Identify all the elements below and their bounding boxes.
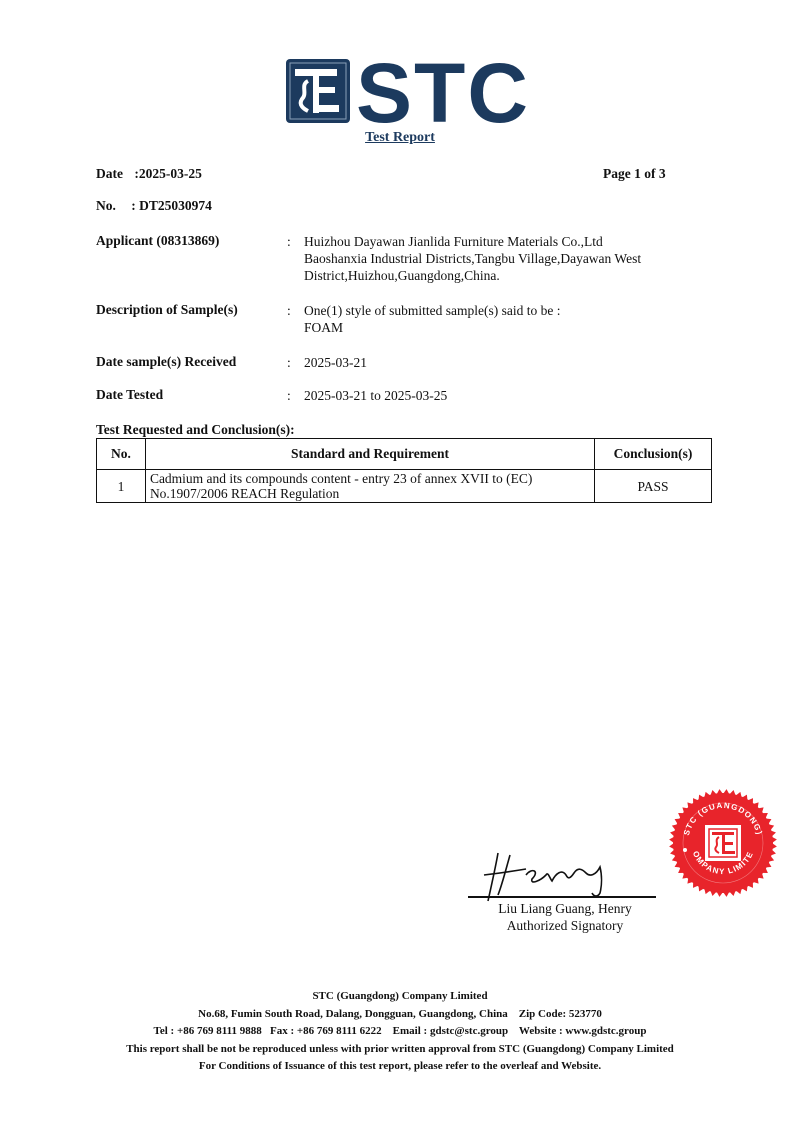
report-title: Test Report: [0, 130, 800, 146]
colon: :: [287, 234, 291, 250]
column-header-no: No.: [97, 439, 146, 470]
colon: :: [287, 388, 291, 404]
standard-line: No.1907/2006 REACH Regulation: [150, 486, 590, 501]
standard-line: Cadmium and its compounds content - entr…: [150, 471, 590, 486]
column-header-standard: Standard and Requirement: [145, 439, 594, 470]
report-number-label: No.: [96, 198, 116, 213]
footer-conditions: For Conditions of Issuance of this test …: [0, 1058, 800, 1076]
page-indicator: Page 1 of 3: [603, 165, 666, 182]
table-header-row: No. Standard and Requirement Conclusion(…: [97, 439, 712, 470]
footer-disclaimer: This report shall be not be reproduced u…: [0, 1041, 800, 1059]
applicant-value: Huizhou Dayawan Jianlida Furniture Mater…: [304, 233, 704, 284]
cell-conclusion: PASS: [595, 470, 712, 503]
colon: :: [287, 355, 291, 371]
footer-company: STC (Guangdong) Company Limited: [0, 988, 800, 1006]
description-label: Description of Sample(s): [96, 302, 238, 318]
date-received-value: 2025-03-21: [304, 354, 704, 371]
report-number-row: No. : DT25030974: [96, 197, 212, 214]
signatory-title: Authorized Signatory: [470, 917, 660, 934]
applicant-line: Baoshanxia Industrial Districts,Tangbu V…: [304, 250, 704, 267]
date-row: Date :2025-03-25: [96, 165, 202, 182]
date-tested-label: Date Tested: [96, 387, 163, 403]
report-number-value: : DT25030974: [131, 198, 212, 213]
date-label: Date: [96, 166, 123, 181]
footer-contact: Tel : +86 769 8111 9888 Fax : +86 769 81…: [0, 1023, 800, 1041]
results-table: No. Standard and Requirement Conclusion(…: [96, 438, 712, 503]
cell-standard: Cadmium and its compounds content - entr…: [145, 470, 594, 503]
date-tested-value: 2025-03-21 to 2025-03-25: [304, 387, 704, 404]
date-received-label: Date sample(s) Received: [96, 354, 236, 370]
section-title: Test Requested and Conclusion(s):: [96, 422, 295, 438]
company-seal-icon: STC (GUANGDONG) COMPANY LIMITED: [668, 788, 778, 898]
signature-line: [468, 896, 656, 898]
applicant-label: Applicant (08313869): [96, 233, 219, 249]
description-line: One(1) style of submitted sample(s) said…: [304, 302, 704, 319]
column-header-conclusion: Conclusion(s): [595, 439, 712, 470]
applicant-line: Huizhou Dayawan Jianlida Furniture Mater…: [304, 233, 704, 250]
brand-name: STC: [356, 45, 530, 141]
cell-no: 1: [97, 470, 146, 503]
footer-address: No.68, Fumin South Road, Dalang, Donggua…: [0, 1006, 800, 1024]
signatory-name: Liu Liang Guang, Henry: [470, 900, 660, 917]
table-row: 1 Cadmium and its compounds content - en…: [97, 470, 712, 503]
colon: :: [287, 303, 291, 319]
description-value: One(1) style of submitted sample(s) said…: [304, 302, 704, 336]
stc-logo: STC: [286, 59, 520, 125]
stc-logo-mark-icon: [286, 59, 350, 123]
footer: STC (Guangdong) Company Limited No.68, F…: [0, 988, 800, 1076]
signatory: Liu Liang Guang, Henry Authorized Signat…: [470, 900, 660, 934]
date-value: :2025-03-25: [134, 166, 202, 181]
description-line: FOAM: [304, 319, 704, 336]
applicant-line: District,Huizhou,Guangdong,China.: [304, 267, 704, 284]
